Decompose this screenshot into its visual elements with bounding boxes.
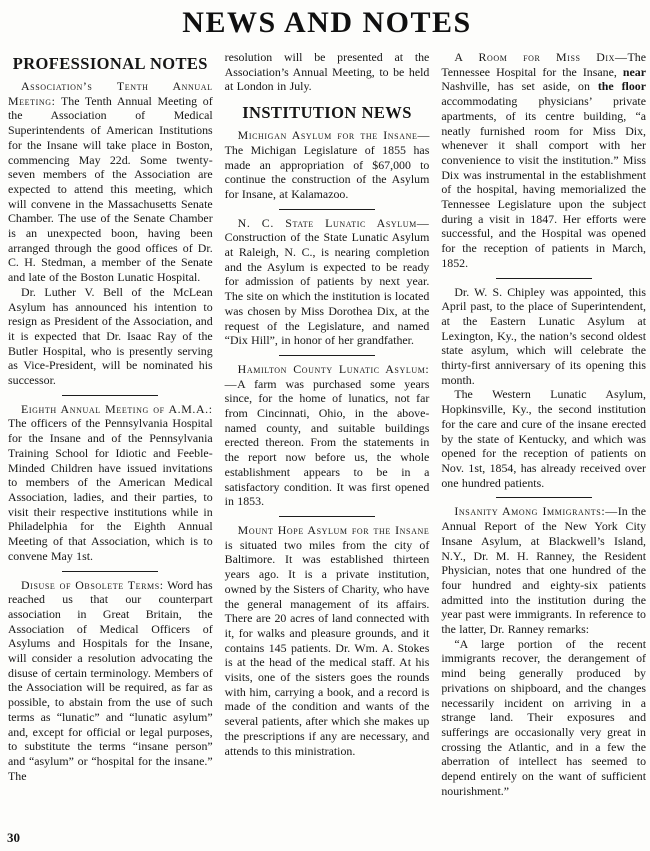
separator-rule — [62, 571, 158, 572]
article-lead: Michigan Asylum for the Insane — [238, 128, 418, 142]
separator-rule — [279, 209, 375, 210]
text-column-2: resolution will be presented at the Asso… — [225, 50, 430, 758]
body-paragraph: Dr. W. S. Chipley was appointed, this Ap… — [441, 285, 646, 388]
article-lead: Insanity Among Immigrants:— — [454, 504, 617, 518]
article-lead: Hamilton County Lunatic Asylum:— — [225, 362, 430, 391]
separator-rule — [496, 278, 592, 279]
section-heading: PROFESSIONAL NOTES — [8, 54, 213, 73]
article-lead: Mount Hope Asylum for the Insane — [238, 523, 430, 537]
body-paragraph: resolution will be presented at the Asso… — [225, 50, 430, 94]
separator-rule — [62, 395, 158, 396]
body-paragraph: Dr. Luther V. Bell of the McLean Asylum … — [8, 285, 213, 388]
separator-rule — [279, 355, 375, 356]
article-lead: N. C. State Lunatic Asylum— — [238, 216, 430, 230]
section-heading: INSTITUTION NEWS — [225, 103, 430, 122]
text-column-3: A Room for Miss Dix—The Tennessee Hospit… — [441, 50, 646, 798]
article-paragraph: Insanity Among Immigrants:—In the Annual… — [441, 504, 646, 636]
article-lead: Eighth Annual Meeting of A.M.A.: — [21, 402, 213, 416]
article-lead: Association’s Tenth Annual Meeting: — [8, 79, 213, 108]
separator-rule — [496, 497, 592, 498]
article-lead: Disuse of Obsolete Terms: — [21, 578, 164, 592]
article-paragraph: Disuse of Obsolete Terms: Word has reach… — [8, 578, 213, 784]
article-paragraph: Mount Hope Asylum for the Insane is situ… — [225, 523, 430, 758]
article-paragraph: N. C. State Lunatic Asylum—Construction … — [225, 216, 430, 348]
columns-container: PROFESSIONAL NOTESAssociation’s Tenth An… — [8, 50, 646, 798]
article-paragraph: Association’s Tenth Annual Meeting: The … — [8, 79, 213, 285]
article-paragraph: Hamilton County Lunatic Asylum:—A farm w… — [225, 362, 430, 509]
article-paragraph: Michigan Asylum for the Insane—The Michi… — [225, 128, 430, 202]
page-number: 30 — [7, 830, 20, 846]
text-column-1: PROFESSIONAL NOTESAssociation’s Tenth An… — [8, 50, 213, 783]
body-paragraph: The Western Lunatic Asylum, Hopkinsville… — [441, 387, 646, 490]
article-paragraph: Eighth Annual Meeting of A.M.A.: The off… — [8, 402, 213, 564]
body-paragraph: “A large portion of the recent immigrant… — [441, 637, 646, 799]
article-paragraph: A Room for Miss Dix—The Tennessee Hospit… — [441, 50, 646, 271]
separator-rule — [279, 516, 375, 517]
page-title: NEWS AND NOTES — [8, 6, 646, 40]
journal-page: NEWS AND NOTES PROFESSIONAL NOTESAssocia… — [0, 0, 650, 851]
article-lead: A Room for Miss Dix— — [454, 50, 627, 64]
